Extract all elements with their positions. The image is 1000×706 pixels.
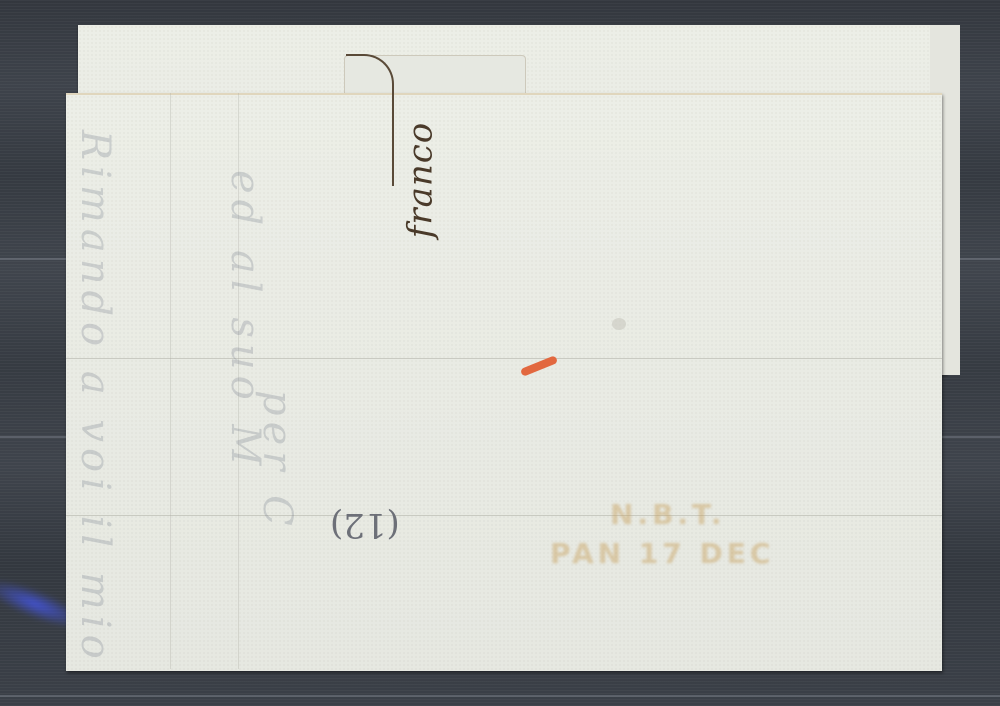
postmark-line-2: PAN 17 DEC xyxy=(550,537,774,570)
fold-line xyxy=(170,93,171,669)
wax-seal-remnant xyxy=(612,318,626,330)
faint-show-through-script: Rimando a voi il mio xyxy=(72,130,118,665)
franco-flourish xyxy=(346,54,394,186)
manuscript-rate-marking: (12) xyxy=(330,505,400,545)
letter-front-panel xyxy=(66,93,942,671)
manuscript-franco: franco xyxy=(400,122,440,239)
postmark-line-1: N.B.T. xyxy=(610,498,726,531)
fold-line xyxy=(66,358,942,359)
faint-show-through-script: per C xyxy=(254,390,300,532)
stockbook-strip-divider xyxy=(0,695,1000,697)
fold-line xyxy=(66,515,942,516)
